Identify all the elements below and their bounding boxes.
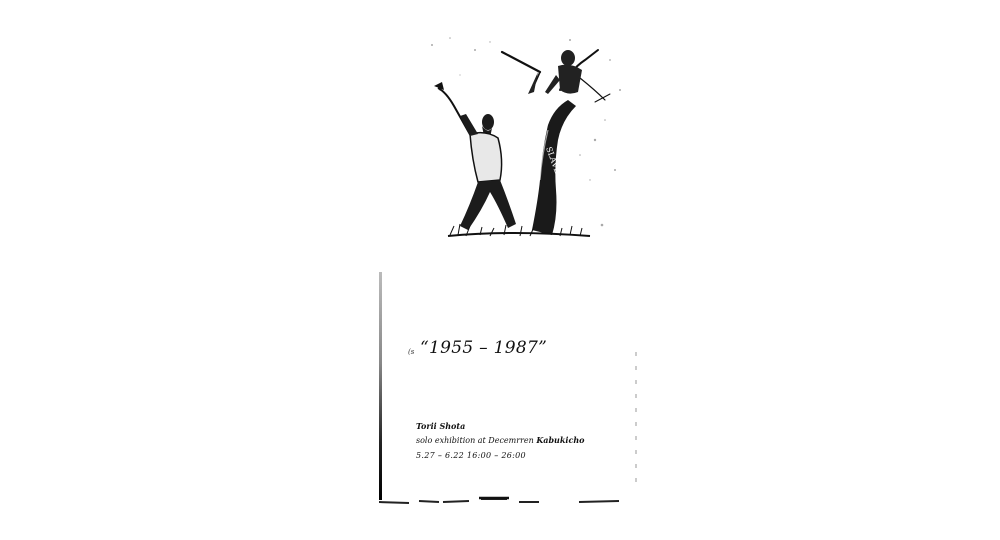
subtitle-prefix: solo exhibition (416, 436, 475, 445)
scanned-document: SLAVERY (s “19 (0, 0, 1000, 540)
frame-right-edge (635, 352, 637, 492)
card-frame (379, 272, 637, 504)
frame-bottom-edge (379, 496, 637, 504)
exhibition-dates: 5.27 – 6.22 16:00 – 26:00 (416, 451, 526, 460)
artist-name: Torii Shota (416, 421, 465, 431)
axe-tree-illustration: SLAVERY (420, 30, 630, 250)
exhibition-title: “1955 – 1987” (420, 338, 547, 358)
subtitle-at: at Decemrren (478, 436, 534, 445)
frame-left-edge (379, 272, 382, 500)
corner-mark: (s (408, 348, 414, 356)
subtitle-venue: Kabukicho (536, 435, 584, 445)
exhibition-subtitle: solo exhibition at Decemrren Kabukicho (416, 435, 584, 445)
